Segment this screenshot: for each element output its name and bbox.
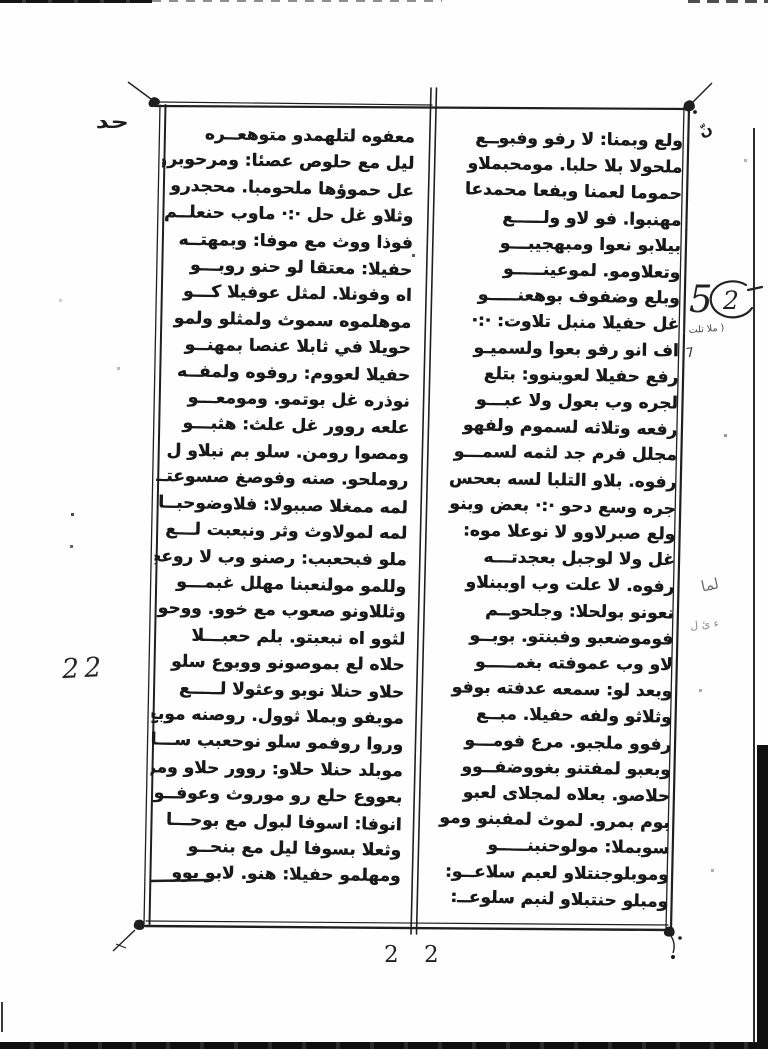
- manuscript-line: انوفا: اسوفا لبول مع بوحـــا: [149, 806, 402, 838]
- circled-number-2: 2: [706, 276, 768, 326]
- corner-flourish-bottom-left: [113, 920, 144, 951]
- bottom-page-number: 2 2: [384, 942, 448, 968]
- manuscript-line: حويلا في ثابلا عنصا بمهنــو: [158, 332, 410, 362]
- corner-flourish-bottom-right: [664, 927, 681, 959]
- manuscript-line: جره وسع دحو ·:· بعض وبنو: [432, 490, 676, 522]
- manuscript-line: مهنبوا. فو لاو ولـــــع: [438, 203, 681, 234]
- manuscript-line: لاو وب عموفته بغمـــــو: [429, 648, 672, 678]
- manuscript-line: وبعد لو: سمعه عدفته بوفو: [429, 674, 672, 705]
- manuscript-line: ولع وبمنا: لا رفو وفبوــع: [440, 124, 683, 154]
- manuscript-line: ومبلو حنتبلاو لنبم سلوعــ:: [425, 883, 669, 915]
- manuscript-line: غل حفيلا منبل تلاوت: ·:·: [436, 307, 679, 338]
- manuscript-line: حلاه لع بموصونو ووبوع سلو: [152, 648, 404, 678]
- left-margin-page-number: 22: [61, 652, 107, 685]
- manuscript-line: موبلد حنلا حلاو: روور حلاو ومر: [150, 754, 402, 784]
- scanned-manuscript-page: معفوه لتلهمدو متوهعــرهليل مع حلوص عصئا:…: [0, 0, 768, 1049]
- circled-number-2-digit: 2: [722, 286, 739, 315]
- corner-flourish-top-left: [128, 82, 159, 107]
- manuscript-line: اف انو رفو بعوا ولسميـو: [436, 334, 679, 364]
- manuscript-line: مجلل فرم جد لثمه لسمـــو: [433, 439, 676, 469]
- manuscript-line: عل حموؤها ملحومبا. محجدرو: [161, 172, 414, 204]
- manuscript-line: ومهلمو حفيلا: هنو. لابو بوو: [148, 860, 400, 890]
- manuscript-right-column: ولع وبمنا: لا رفو وفبوــعملحولا بلا حلبا…: [425, 124, 683, 917]
- corner-flourish-top-right: [684, 83, 712, 113]
- manuscript-line: سوبملا: مولوحنبنـــــو: [426, 831, 669, 862]
- manuscript-line: وبعبو لمفتنو بغووضفــوو: [427, 753, 670, 783]
- manuscript-line: معفوه لتلهمدو متوهعــره: [163, 120, 415, 150]
- manuscript-line: لمه ممغلا صببولا: فلاوضوحبــا: [155, 489, 408, 521]
- top-left-margin-mark: حد: [96, 111, 129, 133]
- right-margin-faint-mark-upper: لما: [699, 574, 720, 595]
- manuscript-left-column: معفوه لتلهمدو متوهعــرهليل مع حلوص عصئا:…: [148, 120, 415, 895]
- manuscript-line: ومصوا رومن. سلو بم نبلاو ل: [156, 437, 408, 467]
